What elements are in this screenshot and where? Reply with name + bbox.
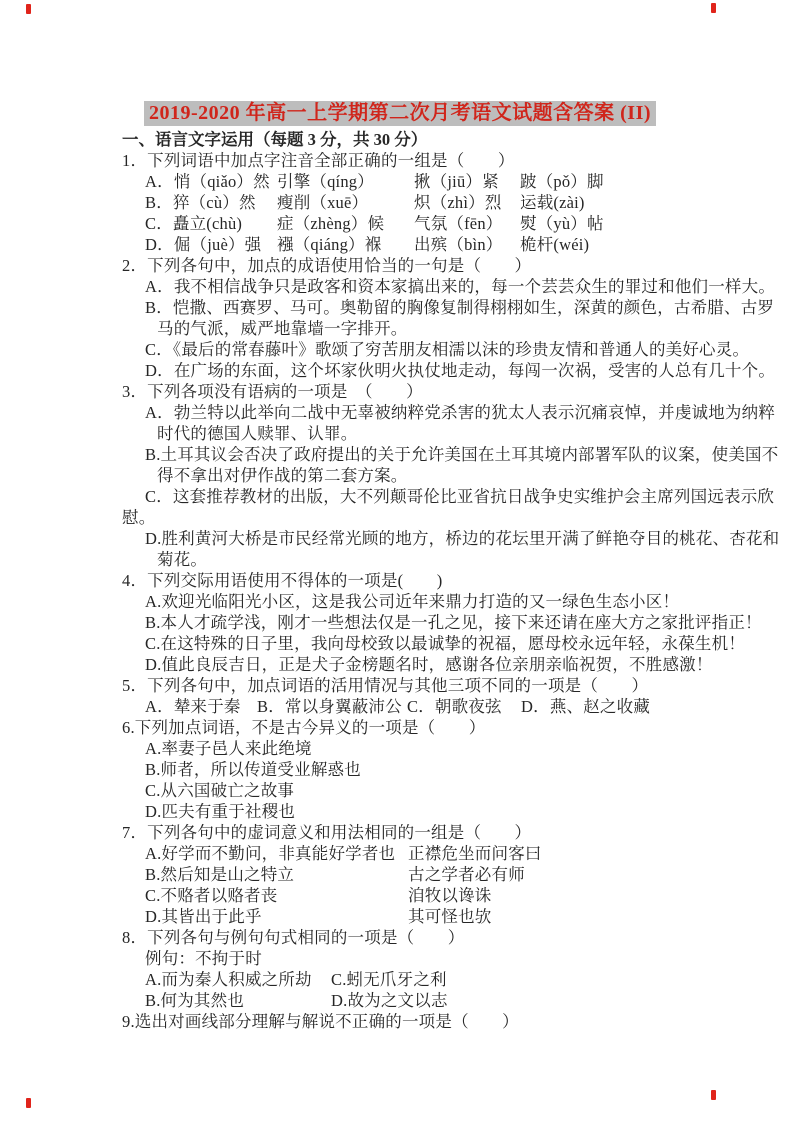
text-line: C．这套推荐教材的出版，大不列颠哥伦比亚省抗日战争史实维护会主席列国远表示欣 [0,486,800,507]
text-column: B．猝（cù）然 [145,192,277,213]
text-line-columns: B．猝（cù）然瘦削（xuē）炽（zhì）烈运载(zài) [0,192,800,213]
corner-mark [26,4,31,14]
text-column: B.何为其然也 [145,990,331,1011]
text-line: C．《最后的常春藤叶》歌颂了穷苦朋友相濡以沫的珍贵友情和普通人的美好心灵。 [0,339,800,360]
text-column: D．倔（juè）强 [145,234,277,255]
text-column: A.好学而不勤问，非真能好学者也 [145,843,408,864]
text-line: 例句：不拘于时 [0,948,800,969]
text-column: D.其皆出于此乎 [145,906,408,927]
text-line: 6.下列加点词语，不是古今异义的一项是（ ） [0,717,800,738]
text-column: A．悄（qiǎo）然 [145,171,277,192]
text-line: A.欢迎光临阳光小区，这是我公司近年来鼎力打造的又一绿色生态小区！ [0,591,800,612]
text-line: 菊花。 [0,549,800,570]
text-column: D．燕、赵之收藏 [521,697,650,716]
text-column: 引擎（qíng） [277,171,414,192]
text-line-columns: B.然后知是山之特立古之学者必有师 [0,864,800,885]
text-column: 正襟危坐而问客曰 [408,844,542,863]
text-column: D.故为之文以志 [331,991,448,1010]
corner-mark [711,3,716,13]
text-line: B.土耳其议会否决了政府提出的关于允许美国在土耳其境内部署军队的议案，使美国不 [0,444,800,465]
text-line-columns: C.不赂者以赂者丧洎牧以谗诛 [0,885,800,906]
text-line-columns: D．倔（juè）强襁（qiáng）褓出殡（bìn）桅杆(wéi) [0,234,800,255]
question-lines: 1．下列词语中加点字注音全部正确的一组是（ ）A．悄（qiǎo）然引擎（qíng… [0,150,800,1032]
text-column: 瘦削（xuē） [277,192,414,213]
text-column: C.蚓无爪牙之利 [331,970,447,989]
text-line: B.师者，所以传道受业解惑也 [0,759,800,780]
text-line: B．恺撒、西赛罗、马可。奥勒留的胸像复制得栩栩如生，深黄的颜色，古希腊、古罗 [0,297,800,318]
text-line: 7．下列各句中的虚词意义和用法相同的一组是（ ） [0,822,800,843]
corner-mark [711,1090,716,1100]
text-line: D.匹夫有重于社稷也 [0,801,800,822]
title-row: 2019-2020 年高一上学期第二次月考语文试题含答案 (II) [0,101,800,126]
text-line-columns: D.其皆出于此乎其可怪也欤 [0,906,800,927]
text-column: B.然后知是山之特立 [145,864,408,885]
text-column: 洎牧以谗诛 [408,886,492,905]
text-line-columns: A.好学而不勤问，非真能好学者也正襟危坐而问客曰 [0,843,800,864]
text-line: B.本人才疏学浅，刚才一些想法仅是一孔之见，接下来还请在座大方之家批评指正！ [0,612,800,633]
text-line: A．我不相信战争只是政客和资本家搞出来的，每一个芸芸众生的罪过和他们一样大。 [0,276,800,297]
text-column: 症（zhèng）候 [277,213,414,234]
text-column: 炽（zhì）烈 [414,192,520,213]
text-line: A.率妻子邑人来此绝境 [0,738,800,759]
text-column: 桅杆(wéi) [520,235,589,254]
text-column: C．矗立(chù) [145,213,277,234]
text-line: C.从六国破亡之故事 [0,780,800,801]
text-column: 襁（qiáng）褓 [277,234,414,255]
text-line: 得不拿出对伊作战的第二套方案。 [0,465,800,486]
text-column: B．常以身翼蔽沛公 [257,696,407,717]
text-column: 古之学者必有师 [408,865,525,884]
text-column: 出殡（bìn） [414,234,520,255]
text-column: 运载(zài) [520,193,585,212]
text-line: 2．下列各句中，加点的成语使用恰当的一句是（ ） [0,255,800,276]
text-line-columns: A．辇来于秦B．常以身翼蔽沛公C．朝歌夜弦D．燕、赵之收藏 [0,696,800,717]
document-page: 2019-2020 年高一上学期第二次月考语文试题含答案 (II) 一、语言文字… [0,0,800,1132]
text-column: A.而为秦人积威之所劫 [145,969,331,990]
text-column: 熨（yù）帖 [520,214,604,233]
text-line: 4．下列交际用语使用不得体的一项是( ) [0,570,800,591]
text-line-columns: A.而为秦人积威之所劫C.蚓无爪牙之利 [0,969,800,990]
text-line: 5．下列各句中，加点词语的活用情况与其他三项不同的一项是（ ） [0,675,800,696]
document-title: 2019-2020 年高一上学期第二次月考语文试题含答案 (II) [144,101,656,126]
text-line: 慰。 [0,507,800,528]
text-column: 其可怪也欤 [408,907,492,926]
text-line: 9.选出对画线部分理解与解说不正确的一项是（ ） [0,1011,800,1032]
text-line: D.胜利黄河大桥是市民经常光顾的地方，桥边的花坛里开满了鲜艳夺目的桃花、杏花和 [0,528,800,549]
text-line: 3．下列各项没有语病的一项是 （ ） [0,381,800,402]
text-line: 8．下列各句与例句句式相同的一项是（ ） [0,927,800,948]
corner-mark [26,1098,31,1108]
text-line: D．在广场的东面，这个坏家伙明火执仗地走动，每闯一次祸，受害的人总有几十个。 [0,360,800,381]
text-line: A．勃兰特以此举向二战中无辜被纳粹党杀害的犹太人表示沉痛哀悼，并虔诚地为纳粹 [0,402,800,423]
text-column: C.不赂者以赂者丧 [145,885,408,906]
text-line: 马的气派，威严地靠墙一字排开。 [0,318,800,339]
text-column: A．辇来于秦 [145,696,257,717]
text-line-columns: A．悄（qiǎo）然引擎（qíng）揪（jiū）紧跛（pǒ）脚 [0,171,800,192]
text-line-columns: B.何为其然也D.故为之文以志 [0,990,800,1011]
text-column: 气氛（fēn） [414,213,520,234]
text-column: 跛（pǒ）脚 [520,172,604,191]
text-line: D.值此良辰吉日，正是犬子金榜题名时，感谢各位亲朋亲临祝贺，不胜感激！ [0,654,800,675]
section-heading: 一、语言文字运用（每题 3 分，共 30 分） [122,129,427,150]
text-line: 时代的德国人赎罪、认罪。 [0,423,800,444]
text-line-columns: C．矗立(chù)症（zhèng）候气氛（fēn）熨（yù）帖 [0,213,800,234]
text-column: 揪（jiū）紧 [414,171,520,192]
text-column: C．朝歌夜弦 [407,696,521,717]
text-line: C.在这特殊的日子里，我向母校致以最诚挚的祝福，愿母校永远年轻，永葆生机！ [0,633,800,654]
text-line: 1．下列词语中加点字注音全部正确的一组是（ ） [0,150,800,171]
